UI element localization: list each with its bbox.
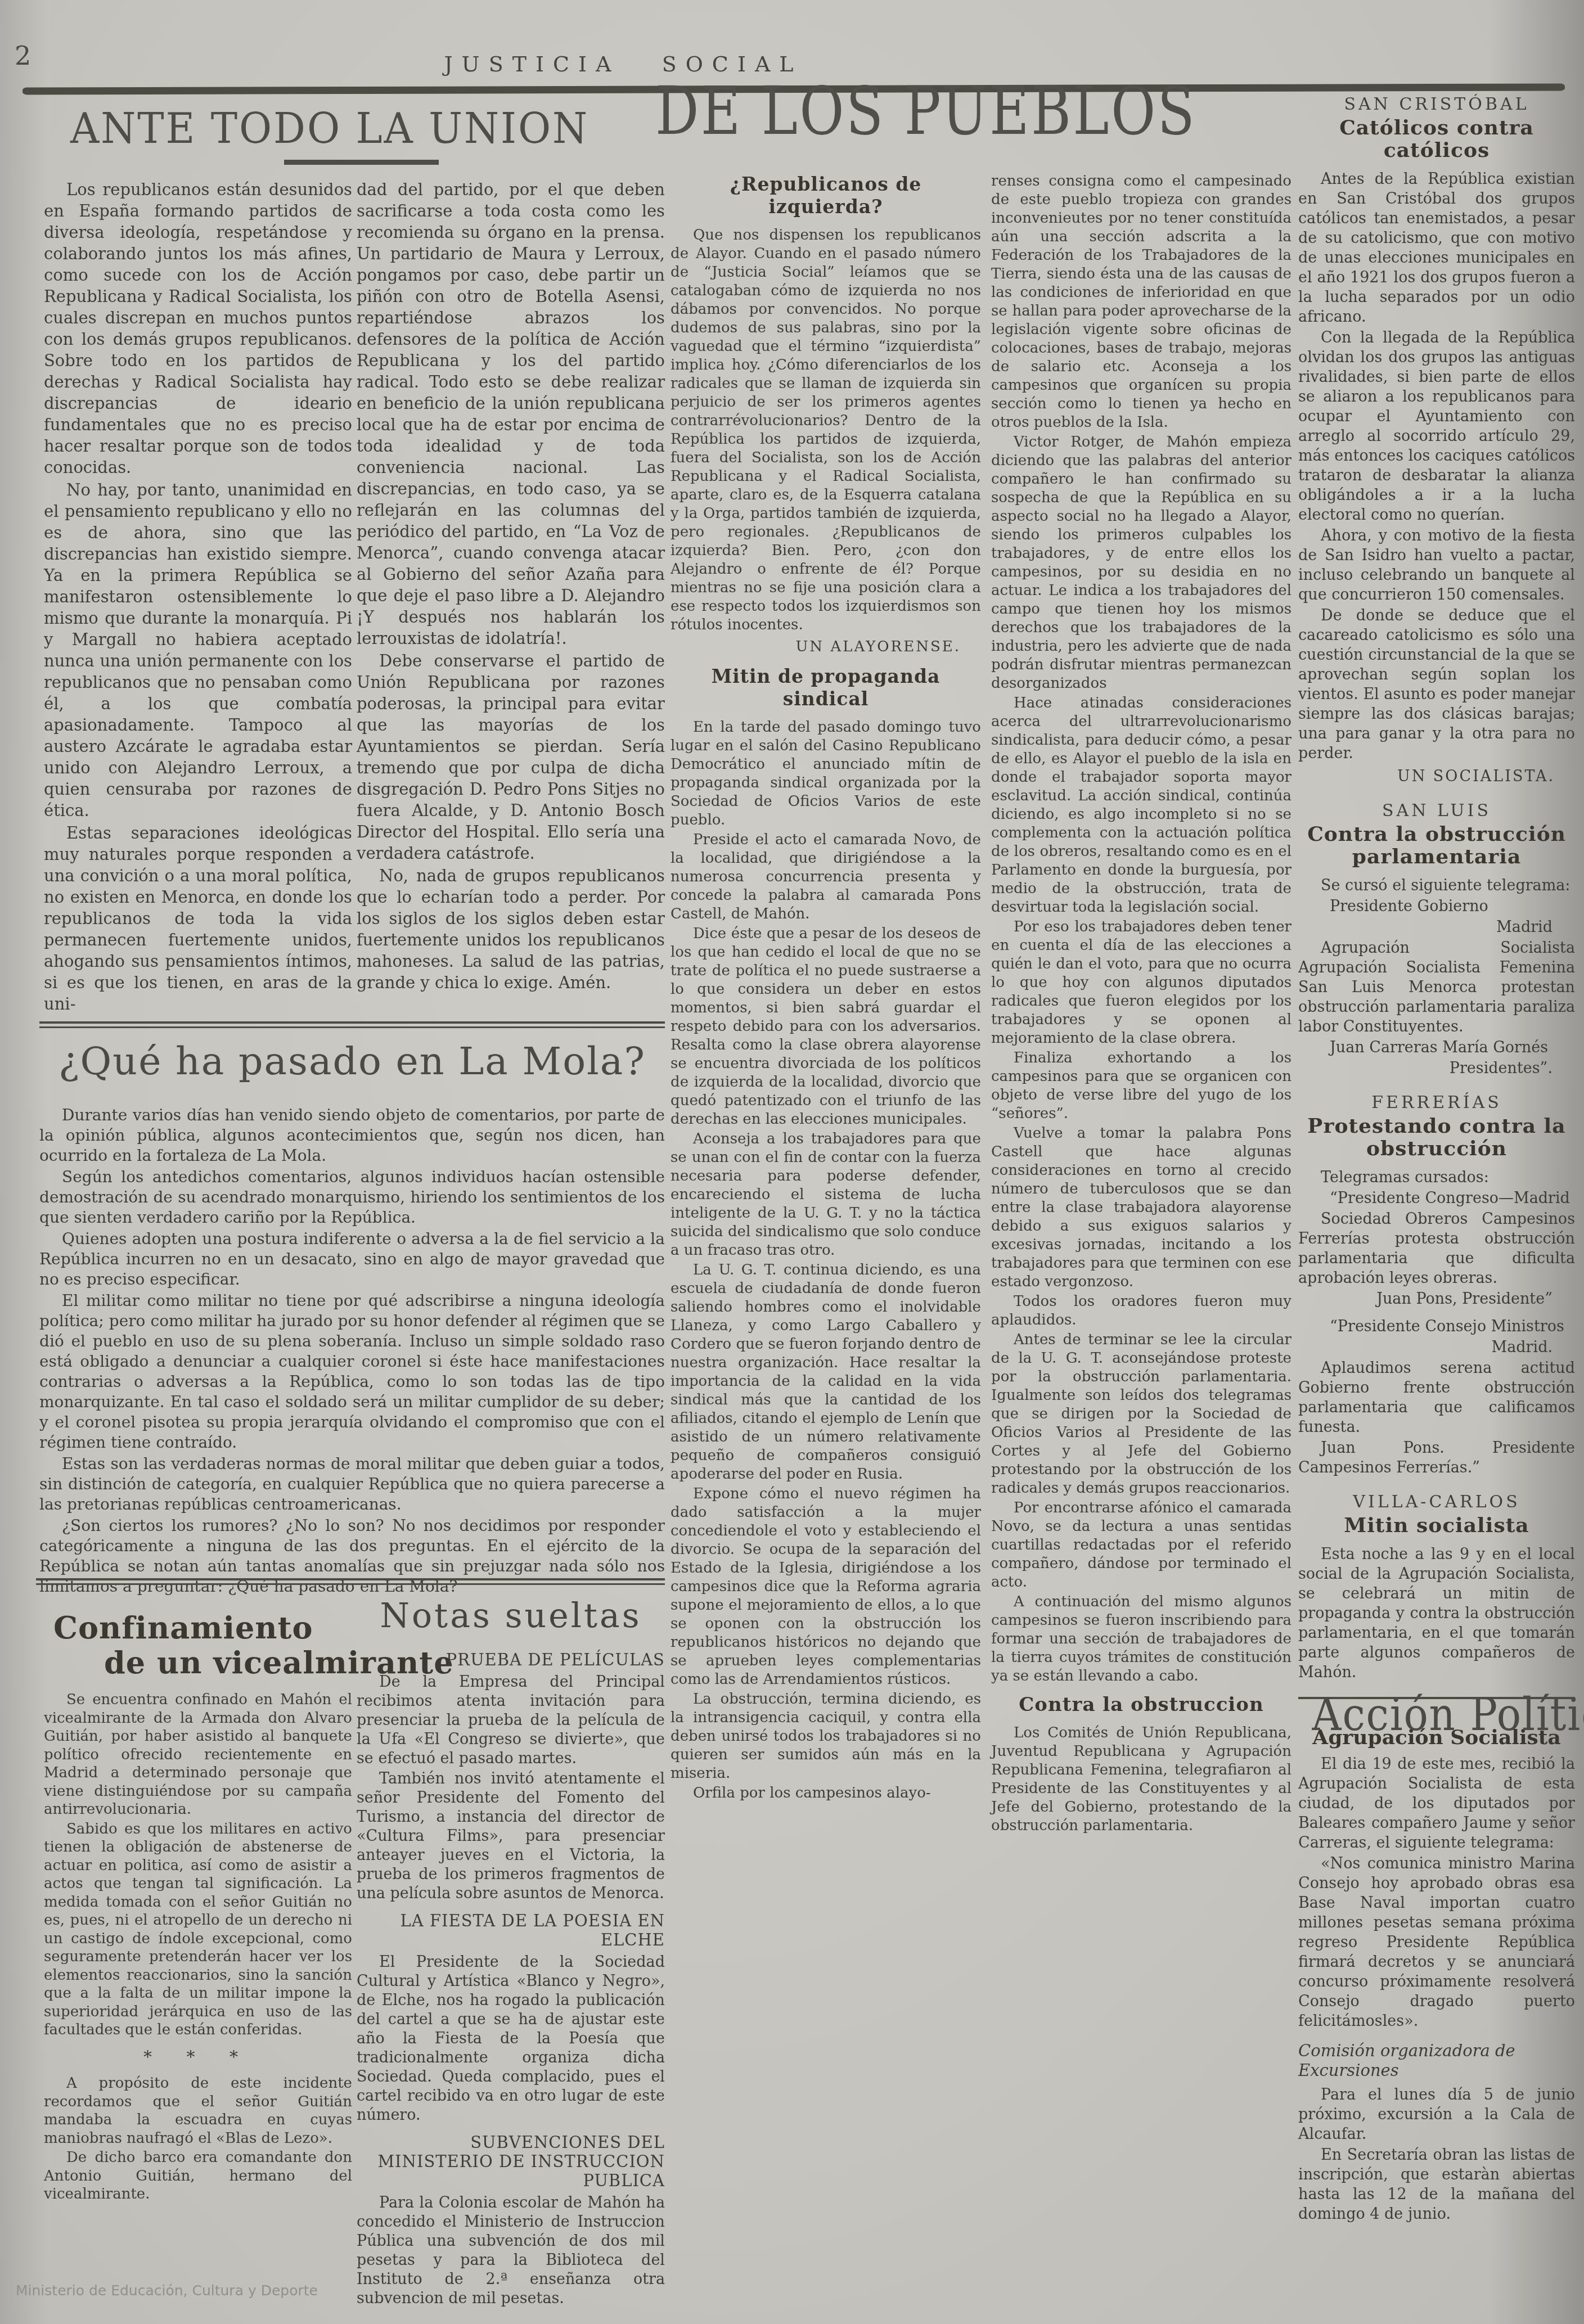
article-paragraph: Para el lunes día 5 de junio próximo, ex… <box>1298 2085 1575 2144</box>
article-paragraph: Para la Colonia escolar de Mahón ha conc… <box>357 2194 665 2308</box>
article-paragraph: Finaliza exhortando a los campesinos par… <box>991 1049 1291 1123</box>
section-rule <box>36 1578 665 1585</box>
lead-article-column-1: Los republicanos están desunidos en Espa… <box>44 179 352 1016</box>
telegram-closing: Presidentes”. <box>1298 1059 1575 1078</box>
notas-heading: SUBVENCIONES DEL MINISTERIO DE INSTRUCCI… <box>357 2133 665 2190</box>
telegram-signature: Juan Pons. Presidente Campesinos Ferrerí… <box>1298 1438 1575 1478</box>
lead-article-column-2: dad del partido, por el que deben sacrif… <box>357 179 665 994</box>
telegram-line: “Presidente Congreso—Madrid <box>1298 1188 1575 1208</box>
section-place-villa-carlos: VILLA-CARLOS <box>1298 1492 1575 1512</box>
article-paragraph: También nos invitó atentamente el señor … <box>357 1769 665 1903</box>
article-title-mitin-socialista: Mitin socialista <box>1298 1514 1575 1537</box>
section-place-ferrerias: FERRERÍAS <box>1298 1093 1575 1113</box>
column-4: renses consigna como el campesinado de e… <box>991 172 1291 1836</box>
article-paragraph: El militar como militar no tiene por qué… <box>39 1291 665 1453</box>
article-paragraph: A continuación del mismo algunos campesi… <box>991 1593 1291 1686</box>
article-paragraph: Se encuentra confinado en Mahón el vicea… <box>44 1691 352 1819</box>
article-paragraph: Preside el acto el camarada Novo, de la … <box>670 831 981 924</box>
article-paragraph: El dia 19 de este mes, recibió la Agrupa… <box>1298 1754 1575 1853</box>
column-5: SAN CRISTÓBAL Católicos contra católicos… <box>1298 94 1575 2225</box>
article-title-la-mola: ¿Qué ha pasado en La Mola? <box>39 1039 665 1084</box>
article-paragraph: De donde se deduce que el cacareado cato… <box>1298 606 1575 763</box>
article-paragraph: Con la llegada de la República olvidan l… <box>1298 328 1575 525</box>
article-title-contra-obstruccion: Contra la obstruccion <box>991 1694 1291 1716</box>
article-paragraph: Los Comités de Unión Republicana, Juvent… <box>991 1724 1291 1835</box>
article-paragraph: «Nos comunica ministro Marina Consejo ho… <box>1298 1854 1575 2031</box>
main-headline-part1: ANTE TODO LA UNION <box>70 105 627 153</box>
section-divider-stars: * * * <box>44 2048 352 2067</box>
article-paragraph: Hace atinadas consideraciones acerca del… <box>991 694 1291 917</box>
article-paragraph: Que nos dispensen los republicanos de Al… <box>670 226 981 634</box>
lead-paragraph: No hay, por tanto, unanimidad en el pens… <box>44 479 352 821</box>
lead-paragraph: Los republicanos están desunidos en Espa… <box>44 179 352 478</box>
archive-watermark: Ministerio de Educación, Cultura y Depor… <box>16 2282 318 2299</box>
article-paragraph: renses consigna como el campesinado de e… <box>991 172 1291 432</box>
section-place-san-cristobal: SAN CRISTÓBAL <box>1298 94 1575 114</box>
article-signature: UN SOCIALISTA. <box>1298 767 1575 786</box>
article-paragraph: A propósito de este incidente recordamos… <box>44 2074 352 2147</box>
article-signature: UN ALAYORENSE. <box>670 638 981 656</box>
article-title-confinamiento-line1: Confinamiento <box>53 1610 313 1646</box>
article-title-ferrerias: Protestando contra la obstrucción <box>1298 1115 1575 1160</box>
telegram-line: Presidente Gobierno <box>1298 897 1575 916</box>
article-paragraph: Por eso los trabajadores deben tener en … <box>991 918 1291 1048</box>
article-title-accion-politica: Acción Política <box>1312 1705 1561 1724</box>
article-confinamiento: Se encuentra confinado en Mahón el vicea… <box>44 1691 352 2205</box>
article-paragraph: Estas son las verdaderas normas de moral… <box>39 1454 665 1515</box>
telegram-body: Sociedad Obreros Campesinos Ferrerías pr… <box>1298 1209 1575 1288</box>
article-paragraph: Quienes adopten una postura indiferente … <box>39 1229 665 1290</box>
page-number: 2 <box>15 40 31 71</box>
telegram-intro: Se cursó el siguiente telegrama: <box>1298 876 1575 895</box>
article-paragraph: Esta noche a las 9 y en el local social … <box>1298 1544 1575 1682</box>
telegram-signature: Juan Pons, Presidente” <box>1298 1289 1575 1309</box>
article-la-mola: Durante varios días han venido siendo ob… <box>39 1105 665 1598</box>
article-paragraph: Durante varios días han venido siendo ob… <box>39 1105 665 1166</box>
telegram-line: Madrid. <box>1298 1337 1575 1357</box>
lead-paragraph: Estas separaciones ideológicas muy natur… <box>44 822 352 1015</box>
subsection-title-excursiones: Comisión organizadora de Excursiones <box>1298 2041 1575 2080</box>
article-title-notas-sueltas: Notas sueltas <box>357 1596 665 1636</box>
newspaper-page: 2 JUSTICIA SOCIAL ANTE TODO LA UNION DE … <box>0 0 1584 2324</box>
article-paragraph: Vuelve a tomar la palabra Pons Castell q… <box>991 1124 1291 1291</box>
article-paragraph: Según los antedichos comentarios, alguno… <box>39 1167 665 1228</box>
telegram-line: “Presidente Consejo Ministros <box>1298 1317 1575 1336</box>
article-paragraph: En la tarde del pasado domingo tuvo luga… <box>670 718 981 830</box>
section-place-san-luis: SAN LUIS <box>1298 801 1575 821</box>
article-title-republicanos: ¿Republicanos de izquierda? <box>670 173 981 218</box>
article-paragraph: La U. G. T. continua diciendo, es una es… <box>670 1261 981 1484</box>
notas-heading: LA FIESTA DE LA POESIA EN ELCHE <box>357 1911 665 1949</box>
notas-heading: PRUEBA DE PELÍCULAS <box>357 1650 665 1669</box>
column-3: ¿Republicanos de izquierda? Que nos disp… <box>670 172 981 1804</box>
article-paragraph: Victor Rotger, de Mahón empieza diciendo… <box>991 433 1291 693</box>
telegram-body: Agrupación Socialista Agrupación Sociali… <box>1298 938 1575 1037</box>
article-paragraph: Por encontrarse afónico el camarada Novo… <box>991 1499 1291 1592</box>
article-paragraph: De la Empresa del Principal recibimos at… <box>357 1673 665 1768</box>
article-paragraph: En Secretaría obran las listas de inscri… <box>1298 2145 1575 2224</box>
article-paragraph: Ahora, y con motivo de la fiesta de San … <box>1298 526 1575 605</box>
telegram-line: Madrid <box>1298 917 1575 937</box>
telegram-signers: Juan Carreras María Gornés <box>1298 1038 1575 1057</box>
lead-paragraph: No, nada de grupos republicanos que lo e… <box>357 865 665 993</box>
article-notas-sueltas: PRUEBA DE PELÍCULAS De la Empresa del Pr… <box>357 1650 665 2309</box>
article-paragraph: De dicho barco era comandante don Antoni… <box>44 2149 352 2204</box>
article-paragraph: Orfila por los campesinos alayo- <box>670 1784 981 1803</box>
article-paragraph: Aconseja a los trabajadores para que se … <box>670 1130 981 1260</box>
article-paragraph: Todos los oradores fueron muy aplaudidos… <box>991 1292 1291 1330</box>
main-headline-part2: DE LOS PUEBLOS <box>655 72 1144 150</box>
article-paragraph: Sabido es que los militares en activo ti… <box>44 1820 352 2039</box>
lead-paragraph: Debe conservarse el partido de Unión Rep… <box>357 650 665 864</box>
lead-paragraph: dad del partido, por el que deben sacrif… <box>357 179 665 649</box>
article-paragraph: Antes de la República existian en San Cr… <box>1298 169 1575 327</box>
article-paragraph: Expone cómo el nuevo régimen ha dado sat… <box>670 1485 981 1689</box>
article-title-catolicos: Católicos contra católicos <box>1298 116 1575 161</box>
article-paragraph: Antes de terminar se lee la circular de … <box>991 1331 1291 1498</box>
section-rule <box>39 1021 665 1028</box>
telegram-body: Aplaudimos serena actitud Gobierno frent… <box>1298 1358 1575 1437</box>
article-paragraph: Dice éste que a pesar de los deseos de l… <box>670 925 981 1129</box>
article-paragraph: La obstrucción, termina diciendo, es la … <box>670 1690 981 1783</box>
telegram-intro: Telegramas cursados: <box>1298 1168 1575 1187</box>
article-paragraph: El Presidente de la Sociedad Cultural y … <box>357 1953 665 2125</box>
article-title-mitin-sindical: Mitin de propaganda sindical <box>670 665 981 710</box>
headline-underline <box>284 160 439 165</box>
article-title-san-luis: Contra la obstrucción parlamentaria <box>1298 823 1575 868</box>
